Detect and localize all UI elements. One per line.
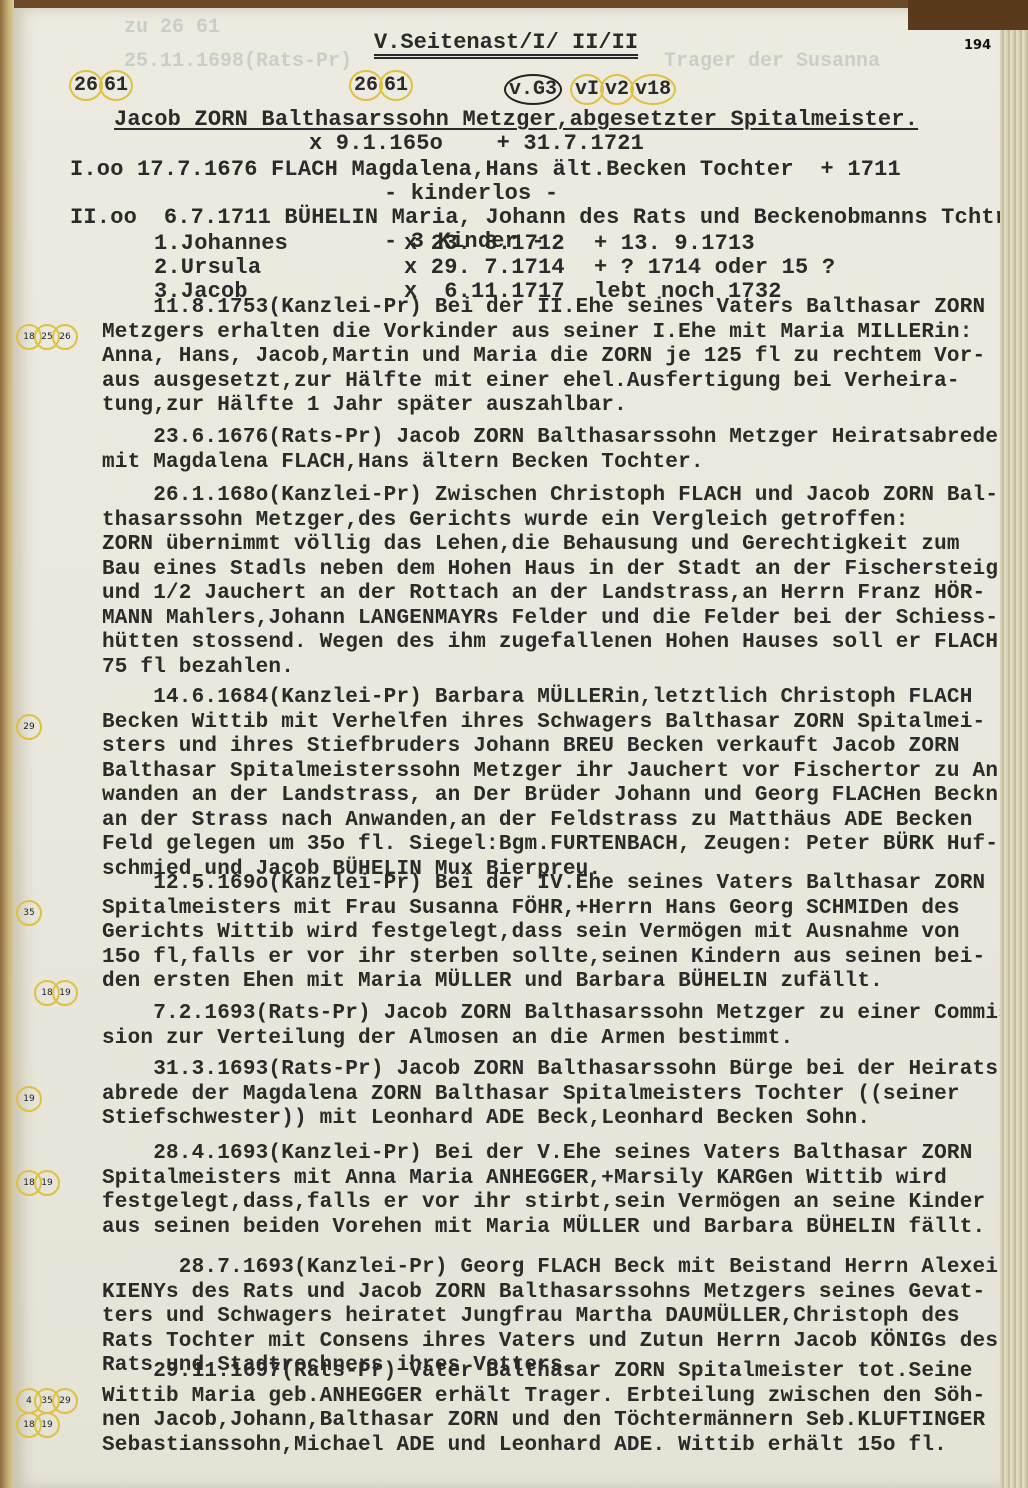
bleed-through-text: 25.11.1698(Rats-Pr) — [124, 50, 352, 73]
entry-line: ters und Schwagers heiratet Jungfrau Mar… — [102, 1303, 960, 1330]
margin-reference-mark: 19 — [16, 1086, 42, 1112]
entry-line: thasarssohn Metzger,des Gerichts wurde e… — [102, 507, 909, 534]
entry-line: Spitalmeisters mit Anna Maria ANHEGGER,+… — [102, 1165, 947, 1192]
book-page-edges — [1000, 0, 1028, 1488]
entry-line: Feld gelegen um 35o fl. Siegel:Bgm.FURTE… — [102, 831, 998, 858]
marriage-first-note: - kinderlos - — [384, 180, 558, 207]
margin-reference-mark: 29 — [52, 1388, 78, 1414]
entry-line: KIENYs des Rats und Jacob ZORN Balthasar… — [102, 1279, 985, 1306]
margin-reference-mark: 35 — [16, 900, 42, 926]
entry-line: Spitalmeisters mit Frau Susanna FÖHR,+He… — [102, 895, 960, 922]
ref-marker-right: v.G3 vIv2v18 — [504, 74, 672, 105]
entry-line: den ersten Ehen mit Maria MÜLLER und Bar… — [102, 968, 883, 995]
entry-line: 23.6.1676(Rats-Pr) Jacob ZORN Balthasars… — [102, 424, 998, 451]
document-page: zu 26 61 25.11.1698(Rats-Pr) Trager der … — [14, 8, 1004, 1488]
child-note: + ? 1714 oder 15 ? — [594, 254, 835, 281]
margin-reference-mark: 19 — [34, 1412, 60, 1438]
entry-line: tung,zur Hälfte 1 Jahr später auszahlbar… — [102, 392, 627, 419]
entry-line: festgelegt,dass,falls er vor ihr stirbt,… — [102, 1189, 985, 1216]
entry-line: Rats Tochter mit Consens ihres Vaters un… — [102, 1328, 998, 1355]
entry-line: 75 fl bezahlen. — [102, 654, 294, 681]
entry-line: 28.7.1693(Kanzlei-Pr) Georg FLACH Beck m… — [102, 1254, 998, 1281]
entry-line: 11.8.1753(Kanzlei-Pr) Bei der II.Ehe sei… — [102, 294, 985, 321]
margin-reference-mark: 29 — [16, 714, 42, 740]
handwritten-page-number: 194 — [964, 38, 991, 53]
book-cover-corner — [908, 0, 1028, 30]
entry-line: sters und ihres Stiefbruders Johann BREU… — [102, 733, 960, 760]
entry-line: Metzgers erhalten die Vorkinder aus sein… — [102, 319, 973, 346]
margin-reference-mark: 26 — [52, 324, 78, 350]
marriage-first: I.oo 17.7.1676 FLACH Magdalena,Hans ält.… — [70, 156, 901, 183]
person-heading: Jacob ZORN Balthasarssohn Metzger,abgese… — [114, 106, 918, 133]
entry-line: und 1/2 Jauchert an der Rottach an der L… — [102, 580, 985, 607]
entry-line: MANN Mahlers,Johann LANGENMAYRs Felder u… — [102, 605, 998, 632]
entry-line: 12.5.169o(Kanzlei-Pr) Bei der IV.Ehe sei… — [102, 870, 985, 897]
entry-line: 31.3.1693(Rats-Pr) Jacob ZORN Balthasars… — [102, 1056, 1011, 1083]
child-name: 2.Ursula — [154, 254, 261, 281]
entry-line: ZORN übernimmt völlig das Lehen,die Beha… — [102, 531, 960, 558]
margin-reference-mark: 19 — [52, 980, 78, 1006]
ref-marker-left: 2661 — [69, 70, 129, 101]
entry-line: Balthasar Spitalmeisterssohn Metzger ihr… — [102, 758, 1011, 785]
entry-line: Becken Wittib mit Verhelfen ihres Schwag… — [102, 709, 985, 736]
entry-line: Stiefschwester)) mit Leonhard ADE Beck,L… — [102, 1105, 870, 1132]
entry-line: an der Strass nach Anwanden,an der Felds… — [102, 807, 973, 834]
entry-line: Sebastianssohn,Michael ADE und Leonhard … — [102, 1432, 947, 1459]
entry-line: Bau eines Stadls neben dem Hohen Haus in… — [102, 556, 998, 583]
child-born: x 23. 8.1712 — [404, 230, 565, 257]
ref-marker-center: 2661 — [349, 70, 409, 101]
entry-line: aus seinen beiden Vorehen mit Maria MÜLL… — [102, 1214, 985, 1241]
entry-line: Anna, Hans, Jacob,Martin und Maria die Z… — [102, 343, 985, 370]
entry-line: 15o fl,falls er vor ihr sterben sollte,s… — [102, 944, 985, 971]
entry-line: 14.6.1684(Kanzlei-Pr) Barbara MÜLLERin,l… — [102, 684, 973, 711]
bleed-through-text: zu 26 61 — [124, 16, 220, 39]
entry-line: Wittib Maria geb.ANHEGGER erhält Trager.… — [102, 1383, 985, 1410]
entry-line: 7.2.1693(Rats-Pr) Jacob ZORN Balthasarss… — [102, 1000, 1024, 1027]
entry-line: aus ausgesetzt,zur Hälfte mit einer ehel… — [102, 368, 960, 395]
child-note: + 13. 9.1713 — [594, 230, 755, 257]
page-title: V.Seitenast/I/ II/II — [374, 30, 638, 55]
book-binding-left — [0, 0, 14, 1488]
entry-line: 28.4.1693(Kanzlei-Pr) Bei der V.Ehe sein… — [102, 1140, 973, 1167]
entry-line: sion zur Verteilung der Almosen an die A… — [102, 1025, 793, 1052]
entry-line: nen Jacob,Johann,Balthasar ZORN und den … — [102, 1407, 985, 1434]
entry-line: hütten stossend. Wegen des ihm zugefalle… — [102, 629, 998, 656]
child-born: x 29. 7.1714 — [404, 254, 565, 281]
child-name: 1.Johannes — [154, 230, 288, 257]
entry-line: 26.1.168o(Kanzlei-Pr) Zwischen Christoph… — [102, 482, 998, 509]
entry-line: Gerichts Wittib wird festgelegt,dass sei… — [102, 919, 960, 946]
margin-reference-mark: 19 — [34, 1170, 60, 1196]
entry-line: wanden an der Landstrass, an Der Brüder … — [102, 782, 998, 809]
person-dates: x 9.1.165o + 31.7.1721 — [309, 130, 644, 157]
entry-line: 29.11.1697(Rats-Pr) Vater Balthasar ZORN… — [102, 1358, 973, 1385]
entry-line: abrede der Magdalena ZORN Balthasar Spit… — [102, 1081, 960, 1108]
marriage-second: II.oo 6.7.1711 BÜHELIN Maria, Johann des… — [70, 204, 1008, 231]
bleed-through-text: Trager der Susanna — [664, 50, 880, 73]
entry-line: mit Magdalena FLACH,Hans ältern Becken T… — [102, 449, 704, 476]
